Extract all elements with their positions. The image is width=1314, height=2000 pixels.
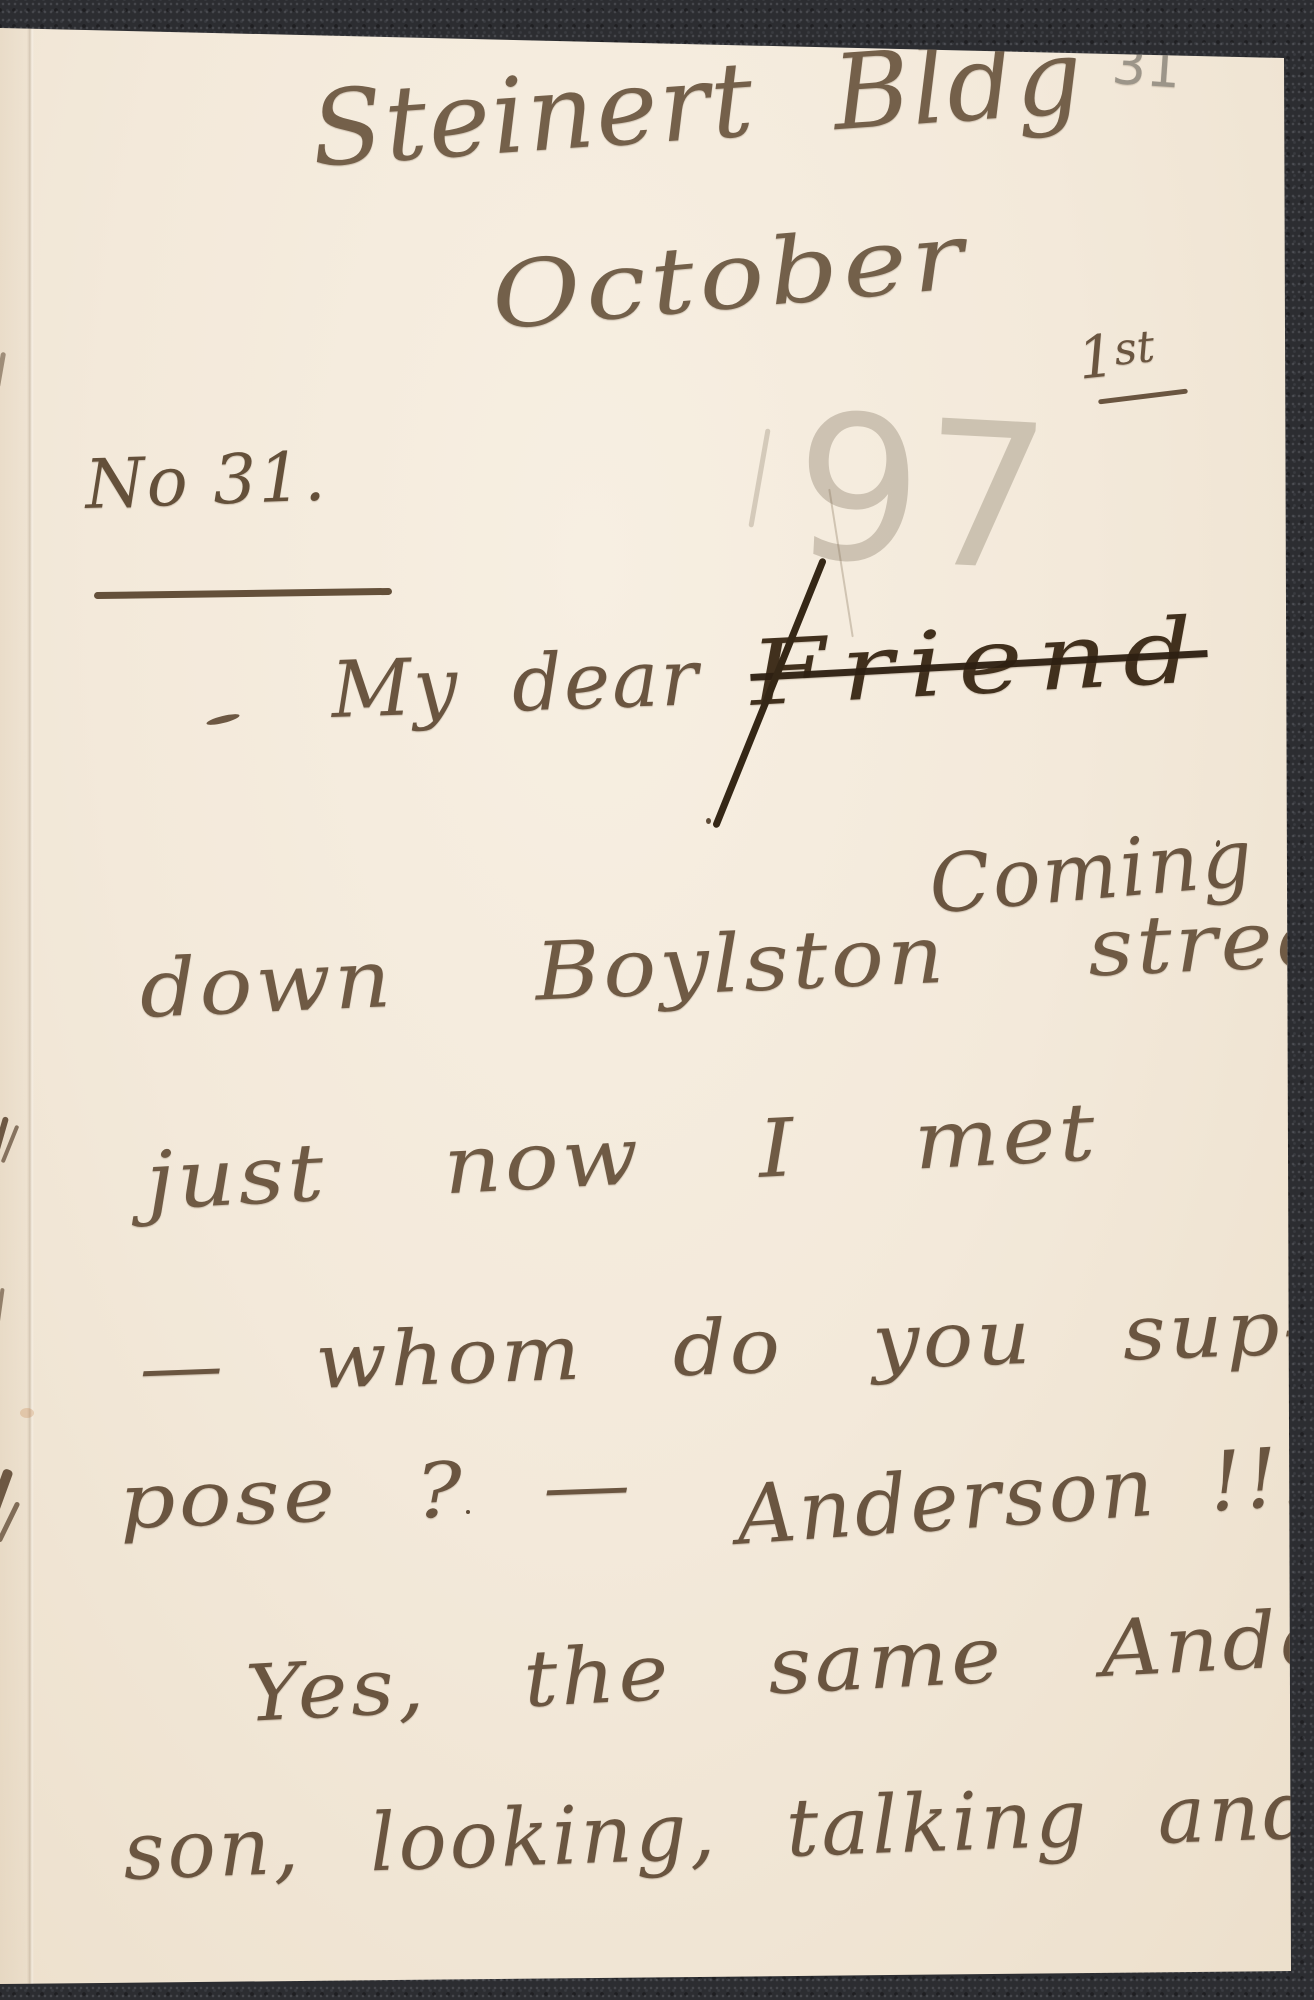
- letter-line-8: son, looking, talking and: [122, 1770, 1314, 1892]
- letterhead-date-month: October: [488, 210, 972, 343]
- salutation-dash: [206, 712, 241, 727]
- letter-line-2: down Boylston street: [138, 896, 1314, 1030]
- letterhead-building: Steinert Bldg: [308, 24, 1087, 182]
- letter-line-4: — whom do you sup-: [138, 1289, 1314, 1406]
- paper-stain: [20, 1408, 34, 1418]
- salutation: My dear: [330, 639, 701, 730]
- ink-dot: [706, 818, 711, 824]
- page-fold-edge: [0, 0, 28, 2000]
- ink-dot: [466, 1510, 470, 1514]
- letter-line-3: just now I met: [144, 1092, 1100, 1222]
- letter-line-6: Anderson !!!: [734, 1435, 1314, 1557]
- date-day-suffix: st: [1112, 321, 1157, 376]
- letter-page: 31 Steinert Bldg October 1st 97 No 31. M…: [0, 0, 1314, 2000]
- photograph-of-letter: 31 Steinert Bldg October 1st 97 No 31. M…: [0, 0, 1314, 2000]
- pencil-folio-number: 31: [1110, 38, 1182, 97]
- letter-line-7: Yes, the same Ander-: [244, 1595, 1314, 1734]
- letter-line-5: pose ? —: [118, 1446, 635, 1540]
- pencil-stray-stroke: [748, 428, 770, 527]
- letterhead-date-day: 1st: [1075, 322, 1158, 388]
- date-underline: [1098, 389, 1188, 405]
- letter-number-underline: [94, 588, 392, 599]
- fold-crease: [27, 0, 34, 2000]
- struck-word: Friend: [748, 606, 1210, 720]
- letter-number: No 31.: [84, 444, 328, 520]
